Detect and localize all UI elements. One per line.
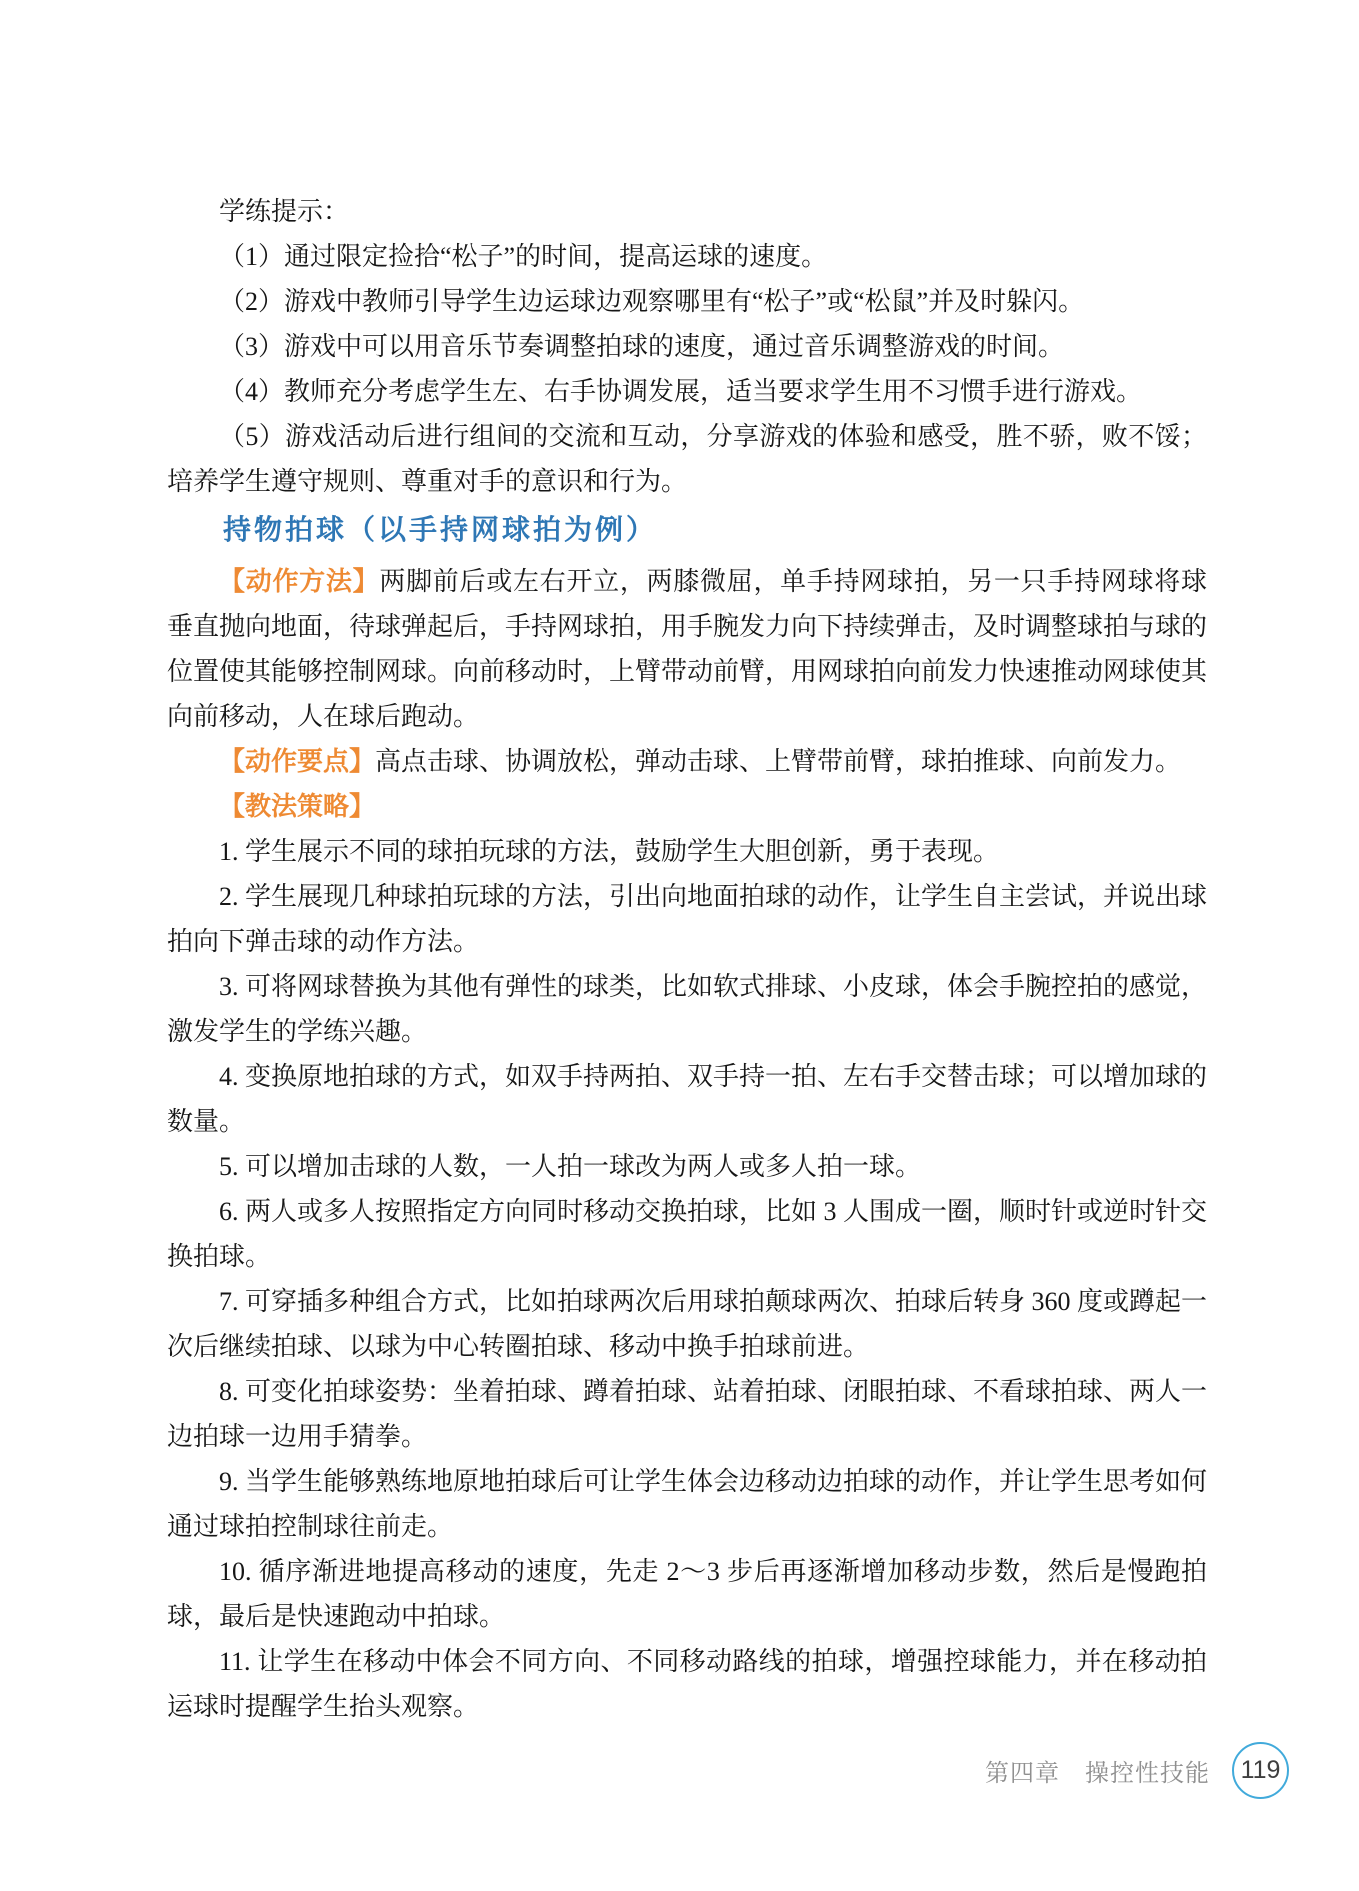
hint-item-1: （1）通过限定捡拾“松子”的时间，提高运球的速度。 (167, 234, 1207, 279)
strategy-item-11: 11. 让学生在移动中体会不同方向、不同移动路线的拍球，增强控球能力，并在移动拍… (167, 1639, 1207, 1729)
teaching-strategy-paragraph: 【教法策略】 (167, 784, 1207, 829)
action-points-paragraph: 【动作要点】高点击球、协调放松，弹动击球、上臂带前臂，球拍推球、向前发力。 (167, 739, 1207, 784)
practice-hint-title: 学练提示： (167, 189, 1207, 234)
action-method-paragraph: 【动作方法】两脚前后或左右开立，两膝微屈，单手持网球拍，另一只手持网球将球垂直抛… (167, 559, 1207, 739)
strategy-item-4: 4. 变换原地拍球的方式，如双手持两拍、双手持一拍、左右手交替击球；可以增加球的… (167, 1054, 1207, 1144)
strategy-item-2: 2. 学生展现几种球拍玩球的方法，引出向地面拍球的动作，让学生自主尝试，并说出球… (167, 874, 1207, 964)
strategy-item-10: 10. 循序渐进地提高移动的速度，先走 2～3 步后再逐渐增加移动步数，然后是慢… (167, 1549, 1207, 1639)
hint-item-4: （4）教师充分考虑学生左、右手协调发展，适当要求学生用不习惯手进行游戏。 (167, 369, 1207, 414)
strategy-item-9: 9. 当学生能够熟练地原地拍球后可让学生体会边移动边拍球的动作，并让学生思考如何… (167, 1459, 1207, 1549)
strategy-item-5: 5. 可以增加击球的人数，一人拍一球改为两人或多人拍一球。 (167, 1144, 1207, 1189)
teaching-strategy-label: 【教法策略】 (219, 791, 375, 821)
action-points-text: 高点击球、协调放松，弹动击球、上臂带前臂，球拍推球、向前发力。 (375, 747, 1181, 776)
hint-item-3: （3）游戏中可以用音乐节奏调整拍球的速度，通过音乐调整游戏的时间。 (167, 324, 1207, 369)
page-number-badge: 119 (1232, 1742, 1289, 1799)
strategy-item-1: 1. 学生展示不同的球拍玩球的方法，鼓励学生大胆创新，勇于表现。 (167, 829, 1207, 874)
hint-item-2: （2）游戏中教师引导学生边运球边观察哪里有“松子”或“松鼠”并及时躲闪。 (167, 279, 1207, 324)
section-heading: 持物拍球（以手持网球拍为例） (167, 507, 1207, 552)
hint-item-5: （5）游戏活动后进行组间的交流和互动，分享游戏的体验和感受，胜不骄，败不馁；培养… (167, 414, 1207, 504)
action-method-label: 【动作方法】 (219, 566, 379, 596)
footer-chapter-title: 第四章 操控性技能 (985, 1753, 1210, 1788)
strategy-item-7: 7. 可穿插多种组合方式，比如拍球两次后用球拍颠球两次、拍球后转身 360 度或… (167, 1279, 1207, 1369)
strategy-item-6: 6. 两人或多人按照指定方向同时移动交换拍球，比如 3 人围成一圈，顺时针或逆时… (167, 1189, 1207, 1279)
page-footer: 第四章 操控性技能 119 (985, 1742, 1289, 1799)
action-points-label: 【动作要点】 (219, 746, 375, 776)
strategy-item-8: 8. 可变化拍球姿势：坐着拍球、蹲着拍球、站着拍球、闭眼拍球、不看球拍球、两人一… (167, 1369, 1207, 1459)
book-page: 学练提示： （1）通过限定捡拾“松子”的时间，提高运球的速度。 （2）游戏中教师… (0, 0, 1359, 1891)
page-content: 学练提示： （1）通过限定捡拾“松子”的时间，提高运球的速度。 （2）游戏中教师… (167, 189, 1207, 1729)
strategy-item-3: 3. 可将网球替换为其他有弹性的球类，比如软式排球、小皮球，体会手腕控拍的感觉，… (167, 964, 1207, 1054)
